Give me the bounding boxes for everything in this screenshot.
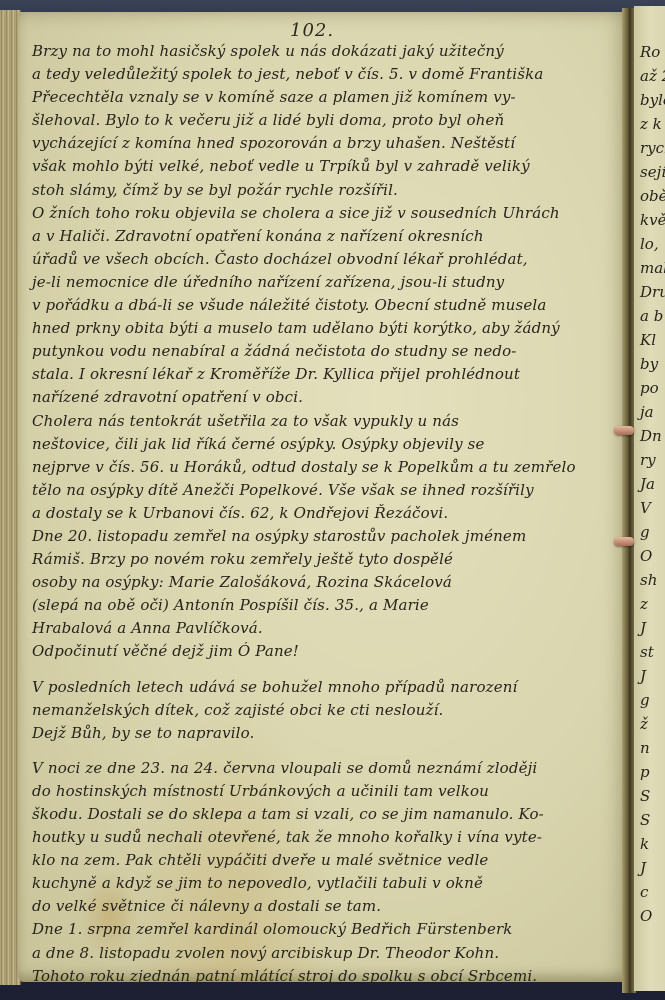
text-line <box>32 664 617 676</box>
text-line <box>32 745 617 757</box>
text-line: tělo na osýpky dítě Anežči Popelkové. Vš… <box>32 479 617 502</box>
text-line: osoby na osýpky: Marie Zalošáková, Rozin… <box>32 571 617 594</box>
text-line: vycházející z komína hned spozorován a b… <box>32 132 617 155</box>
text-line: do hostinských místností Urbánkových a u… <box>32 780 617 803</box>
facing-page-fragment: st <box>640 640 665 664</box>
facing-page-fragment: S <box>640 784 665 808</box>
facing-page-fragment: S <box>640 808 665 832</box>
facing-page-fragment: obě <box>640 184 665 208</box>
text-line: nařízené zdravotní opatření v obci. <box>32 386 617 409</box>
text-line: v pořádku a dbá-li se všude náležité čis… <box>32 294 617 317</box>
text-line: Brzy na to mohl hasičský spolek u nás do… <box>32 40 617 63</box>
facing-page-fragment: sh <box>640 568 665 592</box>
text-line: kuchyně a když se jim to nepovedlo, vytl… <box>32 872 617 895</box>
facing-page-fragment: V <box>640 496 665 520</box>
facing-page-fragment: by <box>640 352 665 376</box>
page-number: 102. <box>290 20 334 41</box>
facing-page-fragment: rych <box>640 136 665 160</box>
text-line: a tedy veledůležitý spolek to jest, nebo… <box>32 63 617 86</box>
facing-page-fragment: bylo <box>640 88 665 112</box>
facing-page-fragment: J <box>640 664 665 688</box>
text-line: šlehoval. Bylo to k večeru již a lidé by… <box>32 109 617 132</box>
text-line: nemanželských dítek, což zajisté obci ke… <box>32 699 617 722</box>
facing-page-fragment: Dn <box>640 424 665 448</box>
facing-page-fragment: k <box>640 832 665 856</box>
text-line: stala. I okresní lékař z Kroměříže Dr. K… <box>32 363 617 386</box>
text-line: je-li nemocnice dle úředního nařízení za… <box>32 271 617 294</box>
facing-page-fragment: p <box>640 760 665 784</box>
facing-page-fragment: O <box>640 544 665 568</box>
facing-page-fragment: Ro <box>640 40 665 64</box>
facing-page-fragment: sejí <box>640 160 665 184</box>
text-line: a dostaly se k Urbanovi čís. 62, k Ondře… <box>32 502 617 525</box>
text-line: úřadů ve všech obcích. Často docházel ob… <box>32 248 617 271</box>
text-line: hned prkny obita býti a muselo tam uděla… <box>32 317 617 340</box>
text-line: (slepá na obě oči) Antonín Pospíšil čís.… <box>32 594 617 617</box>
text-line: V noci ze dne 23. na 24. června vloupali… <box>32 757 617 780</box>
facing-page-fragment: květ <box>640 208 665 232</box>
text-line: Hrabalová a Anna Pavlíčková. <box>32 617 617 640</box>
facing-page-fragment: n <box>640 736 665 760</box>
text-line: a v Haliči. Zdravotní opatření konána z … <box>32 225 617 248</box>
facing-page-fragment: Kl <box>640 328 665 352</box>
text-line: nejprve v čís. 56. u Horáků, odtud dosta… <box>32 456 617 479</box>
facing-page-fragment: g <box>640 520 665 544</box>
facing-page-fragment: Dru <box>640 280 665 304</box>
text-line: Dejž Bůh, by se to napravilo. <box>32 722 617 745</box>
facing-page-fragment: lo, <box>640 232 665 256</box>
text-line: však mohlo býti velké, neboť vedle u Trp… <box>32 155 617 178</box>
text-line: Cholera nás tentokrát ušetřila za to vša… <box>32 410 617 433</box>
facing-page-fragment: g <box>640 688 665 712</box>
facing-page-fragment: O <box>640 904 665 928</box>
facing-page-fragment: ž <box>640 712 665 736</box>
facing-page-fragment: až 2 <box>640 64 665 88</box>
book-photo: 102. Brzy na to mohl hasičský spolek u n… <box>0 0 665 1000</box>
text-line: O žních toho roku objevila se cholera a … <box>32 202 617 225</box>
text-line: Dne 20. listopadu zemřel na osýpky staro… <box>32 525 617 548</box>
text-line: do velké světnice či nálevny a dostali s… <box>32 895 617 918</box>
facing-page-fragment: mal <box>640 256 665 280</box>
text-line: a dne 8. listopadu zvolen nový arcibisku… <box>32 942 617 965</box>
text-line: Tohoto roku zjednán patní mlátící stroj … <box>32 965 617 988</box>
facing-page-fragment: ry <box>640 448 665 472</box>
facing-page-fragment: po <box>640 376 665 400</box>
text-line: škodu. Dostali se do sklepa a tam si vza… <box>32 803 617 826</box>
facing-page-fragment: J <box>640 856 665 880</box>
facing-page-text: Roaž 2byloz krychsejíoběkvětlo,malDrua b… <box>640 40 665 928</box>
text-line: Přecechtěla vznaly se v komíně saze a pl… <box>32 86 617 109</box>
text-line: Odpočinutí věčné dejž jim Ó Pane! <box>32 640 617 663</box>
facing-page-fragment: z <box>640 592 665 616</box>
text-line: Rámiš. Brzy po novém roku zemřely ještě … <box>32 548 617 571</box>
facing-page-fragment: Ja <box>640 472 665 496</box>
facing-page-fragment: J <box>640 616 665 640</box>
facing-page-fragment: z k <box>640 112 665 136</box>
text-line: neštovice, čili jak lid říká černé osýpk… <box>32 433 617 456</box>
facing-page-fragment: c <box>640 880 665 904</box>
text-line: putynkou vodu nenabíral a žádná nečistot… <box>32 340 617 363</box>
facing-page-fragment: ja <box>640 400 665 424</box>
text-line: V posledních letech udává se bohužel mno… <box>32 676 617 699</box>
text-line: stoh slámy, čímž by se byl požár rychle … <box>32 179 617 202</box>
text-line: houtky u sudů nechali otevřené, tak že m… <box>32 826 617 849</box>
text-line: klo na zem. Pak chtěli vypáčiti dveře u … <box>32 849 617 872</box>
handwritten-text: Brzy na to mohl hasičský spolek u nás do… <box>32 40 624 988</box>
text-line: Dne 1. srpna zemřel kardinál olomoucký B… <box>32 918 617 941</box>
facing-page-fragment: a b <box>640 304 665 328</box>
